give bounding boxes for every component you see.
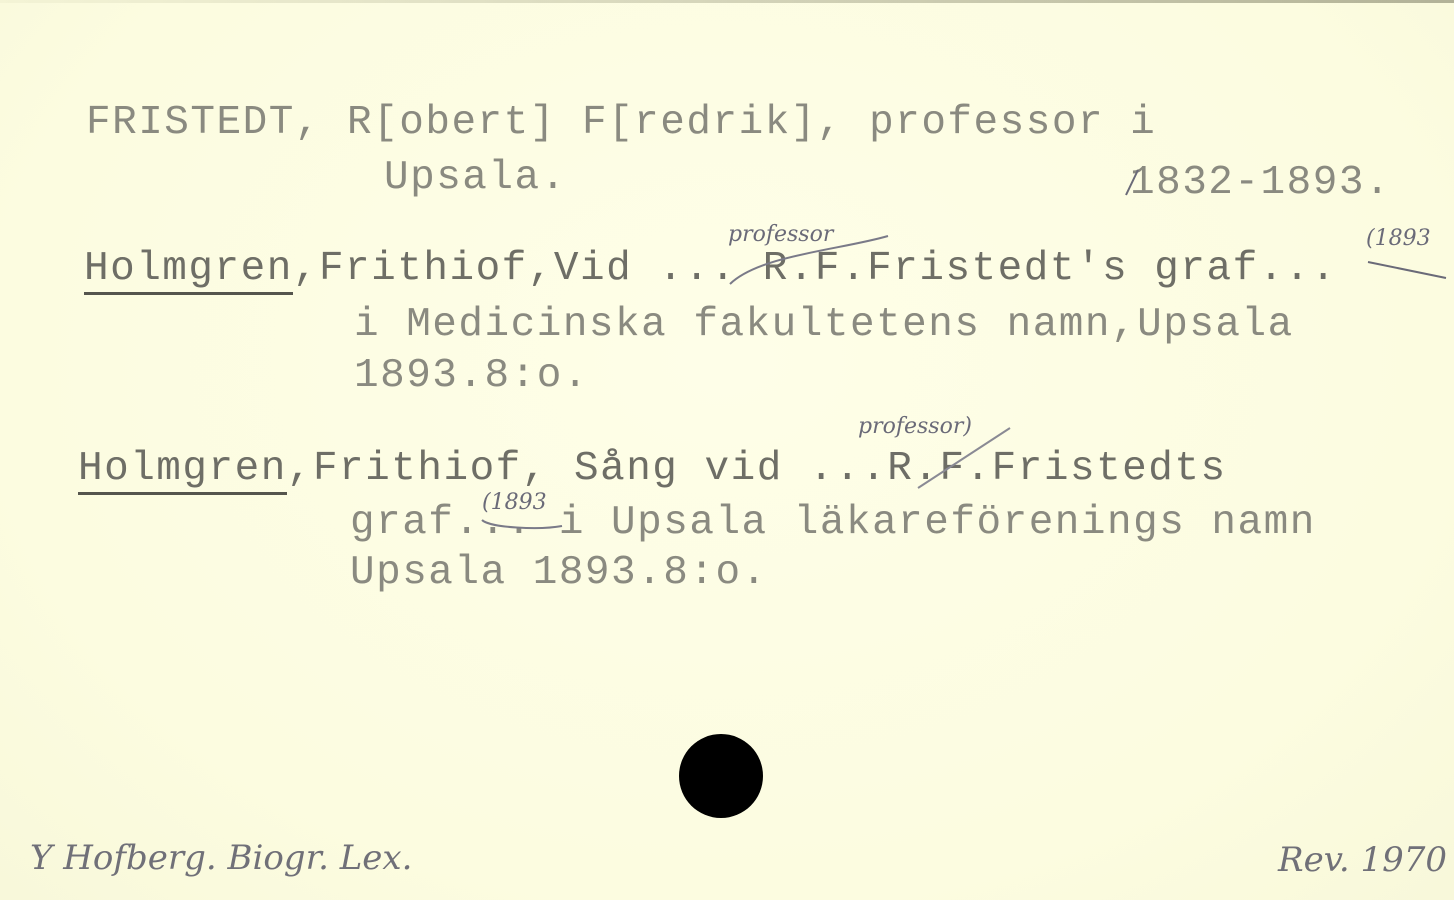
source-note: Y Hofberg. Biogr. Lex. [30, 838, 412, 878]
revision-note: Rev. 1970 [1278, 840, 1447, 880]
catalog-card: FRISTEDT, R[obert] F[redrik], professor … [0, 0, 1454, 900]
punch-hole [679, 734, 763, 818]
